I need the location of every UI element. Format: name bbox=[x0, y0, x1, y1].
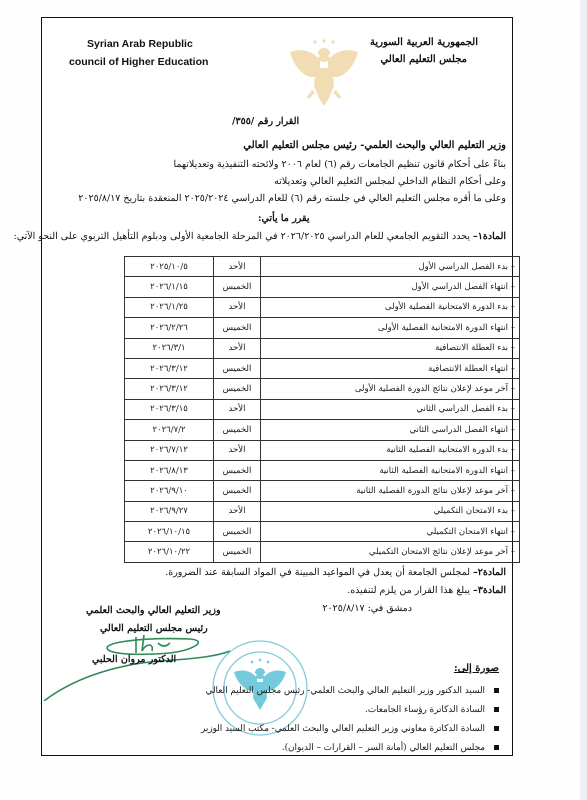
copy-recipient: السادة الدكاترة معاوني وزير التعليم العا… bbox=[201, 724, 485, 734]
article-2-text: لمجلس الجامعة أن يعدل في المواعيد المبين… bbox=[165, 567, 470, 578]
table-row: ٢٠٢٦/١/١٥الخميس– انتهاء الفصل الدراسي ال… bbox=[125, 277, 520, 297]
article-3-text: يبلغ هذا القرار من يلزم لتنفيذه. bbox=[347, 585, 470, 596]
day-cell: الأحد bbox=[214, 501, 261, 521]
date-cell: ٢٠٢٦/١٠/١٥ bbox=[125, 522, 214, 542]
event-cell: – آخر موعد لإعلان نتائج الدورة الفصلية ا… bbox=[261, 481, 520, 501]
date-cell: ٢٠٢٥/١٠/٥ bbox=[125, 257, 214, 277]
event-cell: – انتهاء الامتحان التكميلي bbox=[261, 522, 520, 542]
event-cell: – بدء العطلة الانتصافية bbox=[261, 338, 520, 358]
date-cell: ٢٠٢٦/١/٢٥ bbox=[125, 297, 214, 317]
table-row: ٢٠٢٦/١٠/٢٢الخميس– آخر موعد لإعلان نتائج … bbox=[125, 542, 520, 562]
event-cell: – بدء الدورة الامتحانية الفصلية الثانية bbox=[261, 440, 520, 460]
day-cell: الخميس bbox=[214, 542, 261, 562]
day-cell: الأحد bbox=[214, 440, 261, 460]
right-margin-strip bbox=[580, 0, 587, 800]
day-cell: الأحد bbox=[214, 399, 261, 419]
copy-recipient: السيد الدكتور وزير التعليم العالي والبحث… bbox=[206, 686, 486, 696]
event-cell: – انتهاء العطلة الانتصافية bbox=[261, 358, 520, 378]
list-item: السادة الدكاترة رؤساء الجامعات. bbox=[169, 701, 499, 720]
event-cell: – بدء الدورة الامتحانية الفصلية الأولى bbox=[261, 297, 520, 317]
day-cell: الخميس bbox=[214, 318, 261, 338]
table-row: ٢٠٢٦/١٠/١٥الخميس– انتهاء الامتحان التكمي… bbox=[125, 522, 520, 542]
list-item: السيد الدكتور وزير التعليم العالي والبحث… bbox=[169, 682, 499, 701]
date-cell: ٢٠٢٦/٢/٢٦ bbox=[125, 318, 214, 338]
academic-calendar-table: ٢٠٢٥/١٠/٥الأحد– بدء الفصل الدراسي الأول … bbox=[124, 256, 520, 563]
header-english-line2: council of Higher Education bbox=[69, 56, 208, 68]
date-cell: ٢٠٢٦/٣/١٢ bbox=[125, 358, 214, 378]
date-cell: ٢٠٢٦/٩/٢٧ bbox=[125, 501, 214, 521]
table-row: ٢٠٢٦/٩/١٠الخميس– آخر موعد لإعلان نتائج ا… bbox=[125, 481, 520, 501]
day-cell: الأحد bbox=[214, 257, 261, 277]
event-cell: – بدء الفصل الدراسي الثاني bbox=[261, 399, 520, 419]
bullet-icon bbox=[494, 726, 499, 731]
copy-recipient: السادة الدكاترة رؤساء الجامعات. bbox=[365, 705, 485, 715]
bullet-icon bbox=[494, 688, 499, 693]
day-cell: الخميس bbox=[214, 358, 261, 378]
article-2-label: المادة٢– bbox=[473, 567, 506, 578]
preamble-line-2: وعلى أحكام النظام الداخلي لمجلس التعليم … bbox=[274, 176, 506, 187]
table-row: ٢٠٢٦/٣/١٥الأحد– بدء الفصل الدراسي الثاني bbox=[125, 399, 520, 419]
article-2: المادة٢– لمجلس الجامعة أن يعدل في المواع… bbox=[165, 567, 506, 578]
day-cell: الخميس bbox=[214, 420, 261, 440]
table-row: ٢٠٢٦/٢/٢٦الخميس– انتهاء الدورة الامتحاني… bbox=[125, 318, 520, 338]
day-cell: الخميس bbox=[214, 277, 261, 297]
document-frame: Syrian Arab Republic council of Higher E… bbox=[41, 17, 513, 756]
article-3: المادة٣– يبلغ هذا القرار من يلزم لتنفيذه… bbox=[347, 585, 506, 596]
table-row: ٢٠٢٦/٩/٢٧الأحد– بدء الامتحان التكميلي bbox=[125, 501, 520, 521]
event-cell: – انتهاء الفصل الدراسي الثاني bbox=[261, 420, 520, 440]
copies-heading: صورة إلى: bbox=[454, 663, 499, 674]
article-1-label: المادة١– bbox=[473, 231, 506, 242]
table-row: ٢٠٢٦/٣/١٢الخميس– آخر موعد لإعلان نتائج ا… bbox=[125, 379, 520, 399]
signatory-name: الدكتور مروان الحلبي bbox=[92, 654, 176, 665]
article-1: المادة١– يحدد التقويم الجامعي للعام الدر… bbox=[14, 231, 507, 242]
decision-issuer: وزير التعليم العالي والبحث العلمي- رئيس … bbox=[243, 140, 506, 151]
date-cell: ٢٠٢٦/٣/١ bbox=[125, 338, 214, 358]
event-cell: – آخر موعد لإعلان نتائج الامتحان التكميل… bbox=[261, 542, 520, 562]
table-row: ٢٠٢٦/٧/١٢الأحد– بدء الدورة الامتحانية ال… bbox=[125, 440, 520, 460]
date-cell: ٢٠٢٦/٧/٢ bbox=[125, 420, 214, 440]
list-item: مجلس التعليم العالي (أمانة السر – القرار… bbox=[169, 739, 499, 758]
date-cell: ٢٠٢٦/٣/١٥ bbox=[125, 399, 214, 419]
bullet-icon bbox=[494, 745, 499, 750]
day-cell: الخميس bbox=[214, 460, 261, 480]
copy-recipient: مجلس التعليم العالي (أمانة السر – القرار… bbox=[282, 743, 485, 753]
eagle-emblem-icon bbox=[282, 38, 367, 110]
list-item: السادة الدكاترة معاوني وزير التعليم العا… bbox=[169, 720, 499, 739]
preamble-line-1: بناءً على أحكام قانون تنظيم الجامعات رقم… bbox=[174, 159, 507, 170]
document-page: Syrian Arab Republic council of Higher E… bbox=[0, 0, 580, 800]
date-cell: ٢٠٢٦/٧/١٢ bbox=[125, 440, 214, 460]
table-row: ٢٠٢٦/١/٢٥الأحد– بدء الدورة الامتحانية ال… bbox=[125, 297, 520, 317]
date-cell: ٢٠٢٦/١٠/٢٢ bbox=[125, 542, 214, 562]
event-cell: – آخر موعد لإعلان نتائج الدورة الفصلية ا… bbox=[261, 379, 520, 399]
header-arabic-line1: الجمهورية العربية السورية bbox=[370, 37, 478, 48]
article-1-text: يحدد التقويم الجامعي للعام الدراسي ٢٠٢٦/… bbox=[14, 231, 470, 242]
article-3-label: المادة٣– bbox=[473, 585, 506, 596]
date-cell: ٢٠٢٦/٣/١٢ bbox=[125, 379, 214, 399]
copies-list: السيد الدكتور وزير التعليم العالي والبحث… bbox=[169, 682, 499, 758]
date-cell: ٢٠٢٦/٩/١٠ bbox=[125, 481, 214, 501]
signatory-title-line1: وزير التعليم العالي والبحث العلمي bbox=[86, 605, 221, 616]
table-row: ٢٠٢٦/٨/١٣الخميس– انتهاء الدورة الامتحاني… bbox=[125, 460, 520, 480]
day-cell: الخميس bbox=[214, 481, 261, 501]
day-cell: الأحد bbox=[214, 338, 261, 358]
resolves-heading: يقرر ما يأتي: bbox=[258, 213, 310, 224]
place-and-date: دمشق في: ٢٠٢٥/٨/١٧ bbox=[322, 603, 412, 614]
day-cell: الأحد bbox=[214, 297, 261, 317]
day-cell: الخميس bbox=[214, 522, 261, 542]
event-cell: – انتهاء الفصل الدراسي الأول bbox=[261, 277, 520, 297]
preamble-line-3: وعلى ما أقره مجلس التعليم العالي في جلست… bbox=[78, 193, 506, 204]
event-cell: – بدء الامتحان التكميلي bbox=[261, 501, 520, 521]
bullet-icon bbox=[494, 707, 499, 712]
event-cell: – انتهاء الدورة الامتحانية الفصلية الأول… bbox=[261, 318, 520, 338]
table-row: ٢٠٢٦/٣/١الأحد– بدء العطلة الانتصافية bbox=[125, 338, 520, 358]
table-row: ٢٠٢٦/٧/٢الخميس– انتهاء الفصل الدراسي الث… bbox=[125, 420, 520, 440]
date-cell: ٢٠٢٦/٨/١٣ bbox=[125, 460, 214, 480]
event-cell: – بدء الفصل الدراسي الأول bbox=[261, 257, 520, 277]
table-row: ٢٠٢٦/٣/١٢الخميس– انتهاء العطلة الانتصافي… bbox=[125, 358, 520, 378]
event-cell: – انتهاء الدورة الامتحانية الفصلية الثان… bbox=[261, 460, 520, 480]
date-cell: ٢٠٢٦/١/١٥ bbox=[125, 277, 214, 297]
table-row: ٢٠٢٥/١٠/٥الأحد– بدء الفصل الدراسي الأول bbox=[125, 257, 520, 277]
decision-number: القرار رقم /٣٥٥/ bbox=[232, 116, 299, 127]
header-english-line1: Syrian Arab Republic bbox=[87, 38, 193, 50]
header-arabic-line2: مجلس التعليم العالي bbox=[380, 54, 467, 65]
day-cell: الخميس bbox=[214, 379, 261, 399]
